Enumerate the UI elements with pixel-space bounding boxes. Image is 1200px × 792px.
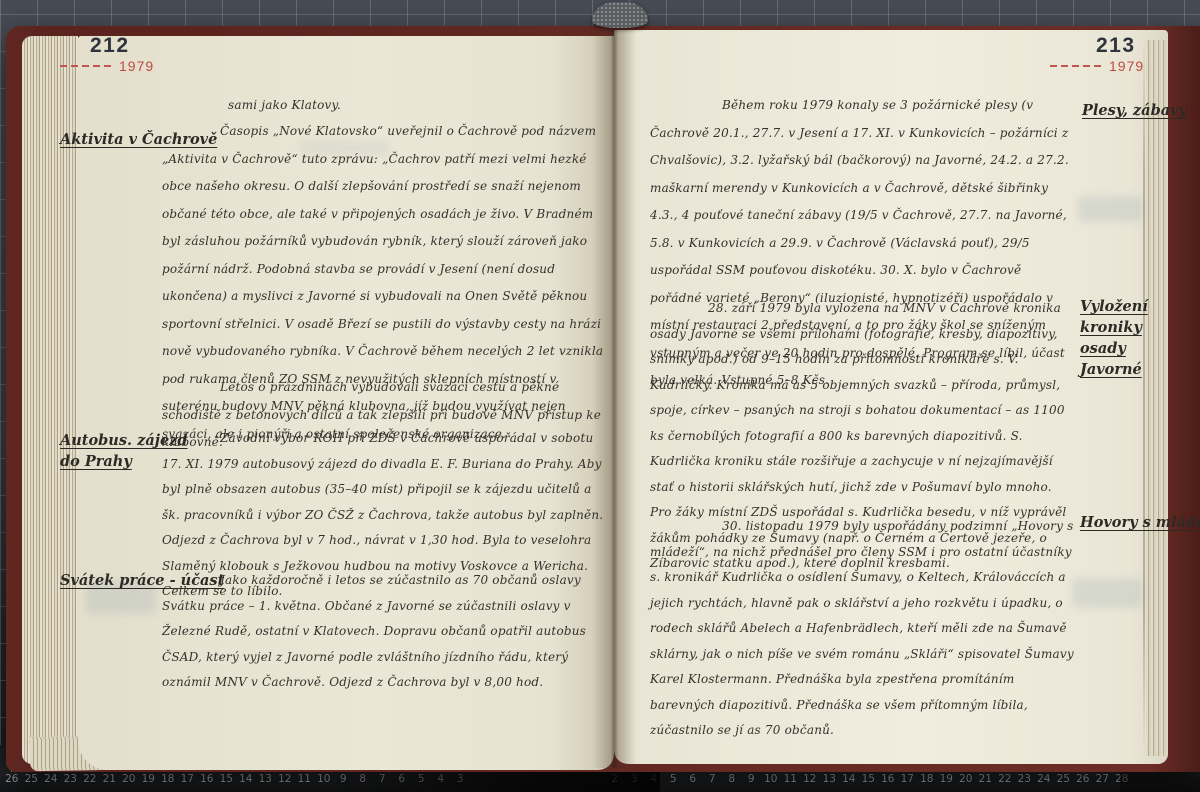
right-page-number: 213 — [1096, 34, 1136, 58]
left-page-number: 212 — [90, 34, 130, 58]
right-year-label: 1979 — [1109, 58, 1144, 74]
margin-heading-vylozeni-kroniky: Vyložení kroniky osady Javorné — [1080, 296, 1192, 380]
right-year-line: 1979 — [1050, 58, 1144, 74]
left-year-line: 1979 — [60, 58, 154, 74]
right-page-stack-edges — [1146, 40, 1166, 756]
red-dash-mark — [1050, 65, 1104, 67]
margin-heading-hovory-s-mladezi: Hovory s mládeží — [1080, 512, 1200, 533]
margin-heading-plesy-zabavy: Plesy, zábavy — [1082, 100, 1187, 121]
spine-band — [592, 2, 648, 28]
left-year-label: 1979 — [119, 58, 154, 74]
photo-of-open-chronicle-book: 2625242322212019181716151413121110987654… — [0, 0, 1200, 792]
left-page-opening-line: sami jako Klatovy. — [228, 92, 341, 120]
paragraph-hovory-s-mladezi: 30. listopadu 1979 byly uspořádány podzi… — [650, 514, 1074, 744]
paragraph-svatek-prace: Jako každoročně i letos se zúčastnilo as… — [162, 568, 606, 696]
right-page-crease — [1143, 34, 1145, 758]
red-dash-mark — [60, 65, 114, 67]
